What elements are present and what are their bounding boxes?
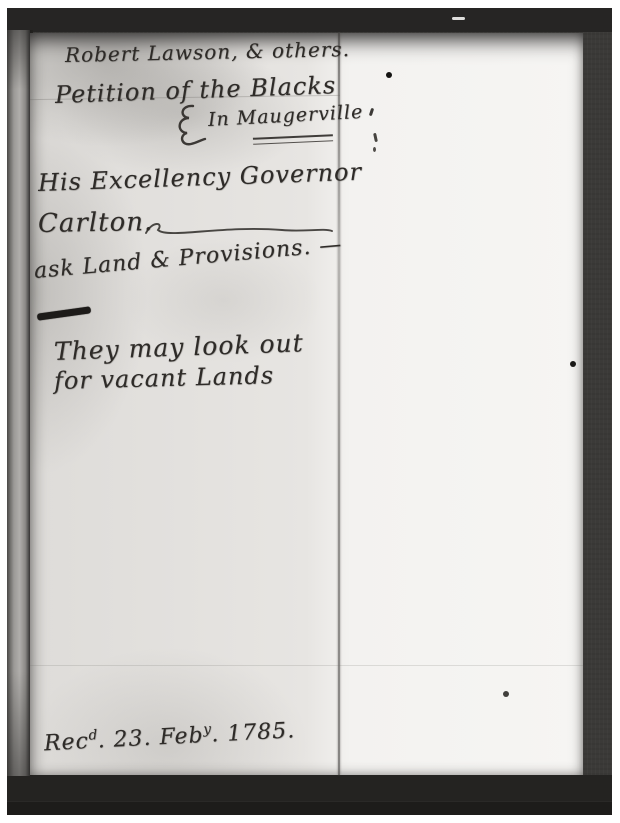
scanner-bottom-band bbox=[7, 775, 612, 815]
received-mid: . 23. Feb bbox=[97, 723, 204, 754]
emphasis-dash bbox=[37, 306, 91, 320]
endorsement-names-line: Robert Lawson, & others. bbox=[65, 37, 351, 67]
scanned-document: Robert Lawson, & others. Petition of the… bbox=[0, 0, 620, 823]
ink-speck bbox=[373, 147, 376, 152]
summary-note-line-1: They may look out bbox=[53, 328, 304, 366]
double-underline bbox=[253, 134, 333, 144]
summary-note-line-2: for vacant Lands bbox=[54, 361, 275, 395]
received-date-line: Recd. 23. Feby. 1785. bbox=[43, 717, 295, 756]
summary-governor-line: His Excellency Governor bbox=[38, 158, 363, 197]
ink-speck bbox=[373, 133, 378, 142]
scanner-background: Robert Lawson, & others. Petition of the… bbox=[7, 8, 612, 815]
scanner-bottom-groove bbox=[7, 801, 612, 815]
ink-speck bbox=[570, 361, 576, 367]
document-page: Robert Lawson, & others. Petition of the… bbox=[30, 33, 583, 775]
fold-crease bbox=[338, 33, 340, 775]
paper-crease-bottom bbox=[30, 665, 583, 666]
scratch-mark bbox=[452, 17, 465, 20]
paraph-flourish-icon bbox=[173, 103, 207, 151]
ink-speck bbox=[369, 108, 374, 117]
ink-speck bbox=[386, 72, 392, 78]
received-post: . 1785. bbox=[211, 718, 296, 747]
endorsement-place-line: In Maugerville bbox=[207, 101, 363, 131]
received-pre: Rec bbox=[43, 729, 89, 756]
scanner-top-band bbox=[7, 8, 612, 32]
ink-speck bbox=[503, 691, 509, 697]
